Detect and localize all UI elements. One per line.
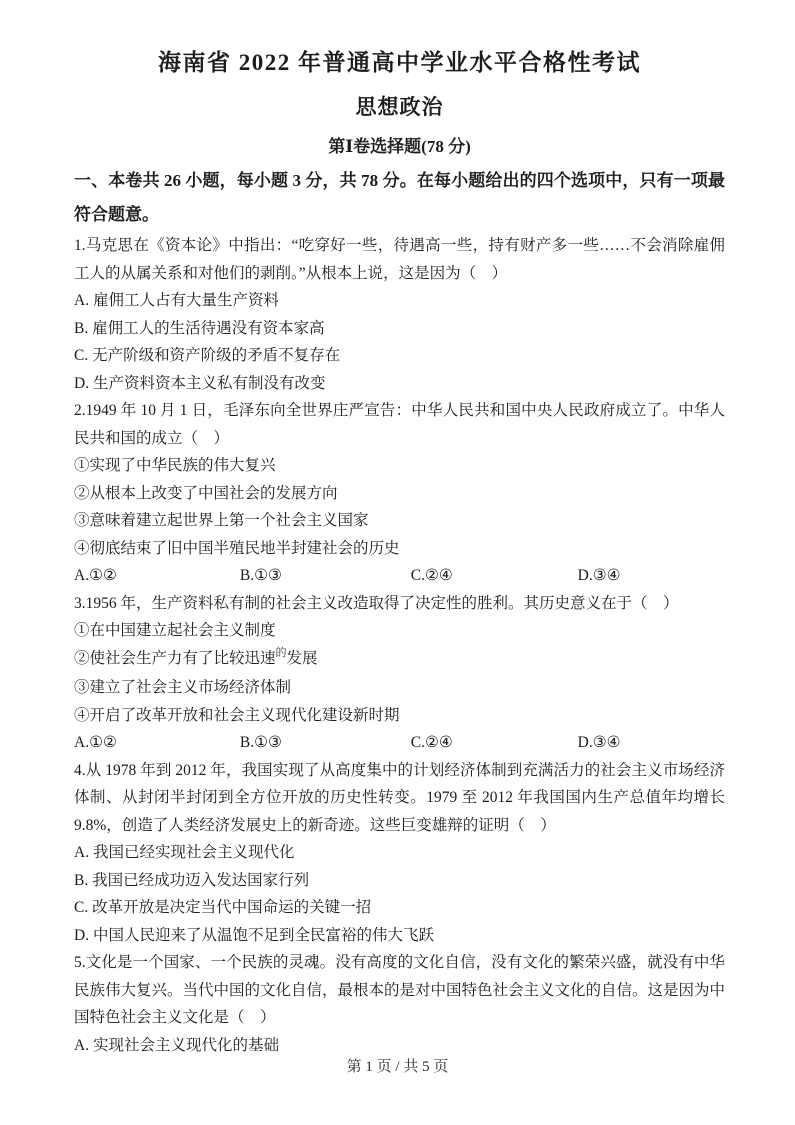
option-item: A. 我国已经实现社会主义现代化 <box>74 839 725 867</box>
combo-option: C.②④ <box>411 562 574 590</box>
question-stem: 5.文化是一个国家、一个民族的灵魂。没有高度的文化自信，没有文化的繁荣兴盛，就没… <box>74 949 725 1032</box>
option-item: B. 我国已经成功迈入发达国家行列 <box>74 867 725 895</box>
combo-option: B.①③ <box>240 729 407 757</box>
question-stem: 4.从 1978 年到 2012 年，我国实现了从高度集中的计划经济体制到充满活… <box>74 757 725 840</box>
statement-item: ③意味着建立起世界上第一个社会主义国家 <box>74 507 725 535</box>
question-1: 1.马克思在《资本论》中指出：“吃穿好一些，待遇高一些，持有财产多一些……不会消… <box>74 232 725 397</box>
option-item: C. 无产阶级和资产阶级的矛盾不复存在 <box>74 342 725 370</box>
statement-item: ④彻底结束了旧中国半殖民地半封建社会的历史 <box>74 535 725 563</box>
statement-text: ②使社会生产力有了比较迅速 <box>74 650 276 667</box>
exam-page: 海南省 2022 年普通高中学业水平合格性考试 思想政治 第Ⅰ卷选择题(78 分… <box>0 0 795 1125</box>
page-title: 海南省 2022 年普通高中学业水平合格性考试 <box>74 48 725 78</box>
combo-option: C.②④ <box>411 729 574 757</box>
section-heading: 第Ⅰ卷选择题(78 分) <box>74 134 725 160</box>
instructions-text: 一、本卷共 26 小题，每小题 3 分，共 78 分。在每小题给出的四个选项中，… <box>74 164 725 232</box>
combo-option: A.①② <box>74 729 236 757</box>
statement-item: ④开启了改革开放和社会主义现代化建设新时期 <box>74 702 725 730</box>
questions-container: 1.马克思在《资本论》中指出：“吃穿好一些，待遇高一些，持有财产多一些……不会消… <box>74 232 725 1059</box>
option-item: D. 生产资料资本主义私有制没有改变 <box>74 370 725 398</box>
question-2: 2.1949 年 10 月 1 日，毛泽东向全世界庄严宣告：中华人民共和国中央人… <box>74 397 725 590</box>
question-3: 3.1956 年，生产资料私有制的社会主义改造取得了决定性的胜利。其历史意义在于… <box>74 590 725 757</box>
statement-item: ③建立了社会主义市场经济体制 <box>74 674 725 702</box>
question-stem: 1.马克思在《资本论》中指出：“吃穿好一些，待遇高一些，持有财产多一些……不会消… <box>74 232 725 287</box>
question-5: 5.文化是一个国家、一个民族的灵魂。没有高度的文化自信，没有文化的繁荣兴盛，就没… <box>74 949 725 1059</box>
statement-item: ②从根本上改变了中国社会的发展方向 <box>74 480 725 508</box>
statement-text: 发展 <box>287 650 318 667</box>
question-stem: 2.1949 年 10 月 1 日，毛泽东向全世界庄严宣告：中华人民共和国中央人… <box>74 397 725 452</box>
page-footer: 第 1 页 / 共 5 页 <box>0 1055 795 1076</box>
subject-title: 思想政治 <box>74 92 725 122</box>
combo-options-row: A.①② B.①③ C.②④ D.③④ <box>74 562 725 590</box>
page-indicator: 第 1 页 / 共 5 页 <box>347 1059 449 1075</box>
question-stem: 3.1956 年，生产资料私有制的社会主义改造取得了决定性的胜利。其历史意义在于… <box>74 590 725 618</box>
combo-option: A.①② <box>74 562 236 590</box>
question-4: 4.从 1978 年到 2012 年，我国实现了从高度集中的计划经济体制到充满活… <box>74 757 725 950</box>
option-item: A. 雇佣工人占有大量生产资料 <box>74 287 725 315</box>
combo-option: B.①③ <box>240 562 407 590</box>
combo-option: D.③④ <box>578 729 621 757</box>
statement-item: ①实现了中华民族的伟大复兴 <box>74 452 725 480</box>
page-content: 海南省 2022 年普通高中学业水平合格性考试 思想政治 第Ⅰ卷选择题(78 分… <box>0 0 795 1059</box>
superscript-de: 的 <box>276 647 287 659</box>
combo-option: D.③④ <box>578 562 621 590</box>
combo-options-row: A.①② B.①③ C.②④ D.③④ <box>74 729 725 757</box>
statement-item: ①在中国建立起社会主义制度 <box>74 617 725 645</box>
option-item: D. 中国人民迎来了从温饱不足到全民富裕的伟大飞跃 <box>74 922 725 950</box>
option-item: C. 改革开放是决定当代中国命运的关键一招 <box>74 894 725 922</box>
statement-item: ②使社会生产力有了比较迅速的发展 <box>74 645 725 675</box>
option-item: B. 雇佣工人的生活待遇没有资本家高 <box>74 315 725 343</box>
